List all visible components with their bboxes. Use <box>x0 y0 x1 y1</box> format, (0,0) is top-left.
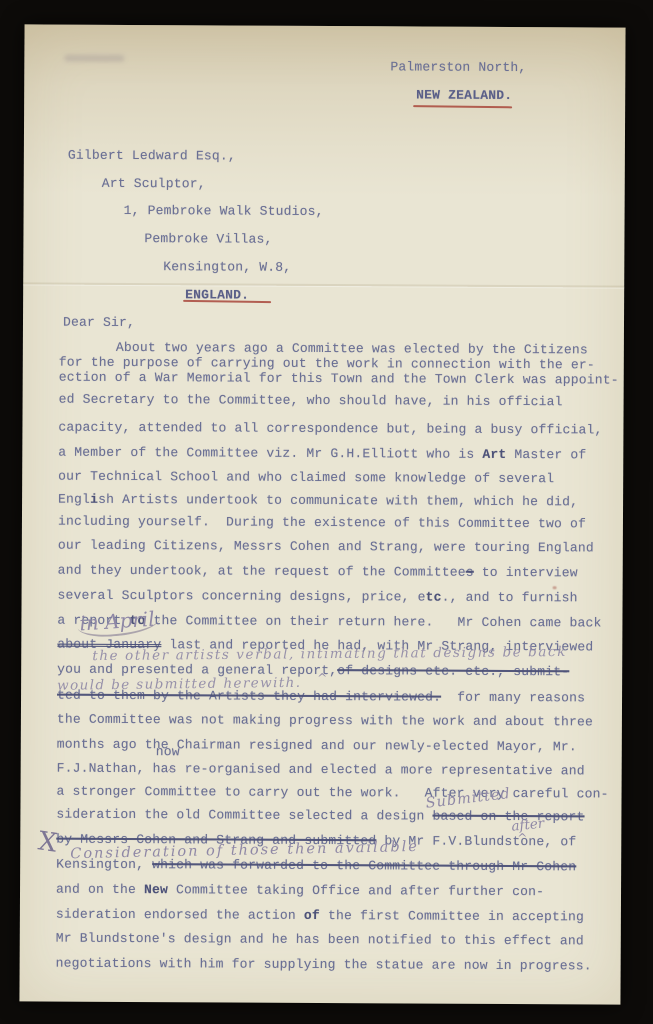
typed-line: negotiations with him for supplying the … <box>56 956 592 974</box>
letterhead-country: NEW ZEALAND. <box>416 87 512 103</box>
typed-line: several Sculptors concerning designs, pr… <box>58 588 578 606</box>
typed-line: the Committee was not making progress wi… <box>57 712 593 730</box>
struck-text: of designs etc. etc., submit- <box>337 663 569 679</box>
typed-text: sideration endorsed the action <box>56 907 304 923</box>
typed-text: months ago the Chairman resigned and our… <box>57 737 577 755</box>
typed-text: several Sculptors concerning designs, pr… <box>58 588 426 605</box>
typed-text: Mr Blundstone's design and he has been n… <box>56 931 584 949</box>
typed-text: our leading Citizens, Messrs Cohen and S… <box>58 538 594 556</box>
caret-mark-report: ^ <box>317 671 327 685</box>
typed-text: the Committee was not making progress wi… <box>57 712 593 730</box>
typed-text: the Committee on their return here. Mr C… <box>145 613 601 630</box>
typed-line: capacity, attended to all correspondence… <box>58 420 602 438</box>
recipient-line: Pembroke Villas, <box>144 225 323 254</box>
typed-text: capacity, attended to all correspondence… <box>58 420 602 438</box>
typed-line: a Member of the Committee viz. Mr G.H.El… <box>58 445 586 463</box>
typed-text: ., and to furnish <box>442 590 578 606</box>
typed-line: a stronger Committee to carry out the wo… <box>57 784 609 802</box>
typed-line: English Artists undertook to communicate… <box>58 492 578 510</box>
typed-line: our Technical School and who claimed som… <box>58 469 554 487</box>
overtyped-text: tc <box>426 590 442 605</box>
typed-text: a stronger Committee to carry out the wo… <box>57 784 609 802</box>
typed-text: negotiations with him for supplying the … <box>56 956 592 974</box>
typed-text: for many reasons <box>441 690 585 706</box>
typed-text: a Member of the Committee viz. Mr G.H.El… <box>58 445 482 462</box>
typed-line: sideration endorsed the action of the fi… <box>56 907 584 925</box>
typed-text: F.J.Nathan, has re-organised and elected… <box>57 761 585 779</box>
overtyped-text: New <box>144 882 168 897</box>
typed-text: the first Committee in accepting <box>320 908 584 924</box>
overtyped-text: of <box>304 908 320 923</box>
handwritten-in-april: in April <box>77 606 162 638</box>
typed-text: sideration the old Committee selected a … <box>56 807 432 824</box>
handwritten-insertion-would-be: would be submitted herewith. <box>57 675 302 694</box>
typed-text: Master of <box>506 447 586 462</box>
paper-speck <box>553 586 557 589</box>
typed-line: F.J.Nathan, has re-organised and elected… <box>57 761 585 779</box>
typed-line: months ago the Chairman resigned and our… <box>57 737 577 755</box>
handwritten-insertion-verbal: the other artists verbal, intimating tha… <box>92 644 567 664</box>
typed-text: ection of a War Memorial for this Town a… <box>59 370 619 388</box>
typed-text: and they undertook, at the request of th… <box>58 563 466 580</box>
recipient-line: Art Sculptor, <box>102 170 324 199</box>
recipient-line: Kensington, W.8, <box>163 253 323 282</box>
letterhead-city: Palmerston North, <box>390 59 526 75</box>
struck-text: which was forwarded to the Committee thr… <box>152 857 576 874</box>
handwritten-after: after <box>511 815 545 834</box>
overtyped-text: i <box>90 492 98 507</box>
struck-text: s <box>466 565 474 580</box>
typed-text: ed Secretary to the Committee, who shoul… <box>59 392 563 410</box>
typed-line: including yourself. During the existence… <box>58 514 586 532</box>
typed-line: and they undertook, at the request of th… <box>58 563 578 581</box>
salutation: Dear Sir, <box>63 315 135 330</box>
recipient-block: Gilbert Ledward Esq.,Art Sculptor,1, Pem… <box>67 142 324 310</box>
typed-text: to interview <box>474 565 578 581</box>
typed-text: our Technical School and who claimed som… <box>58 469 554 487</box>
typed-line: Mr Blundstone's design and he has been n… <box>56 931 584 949</box>
pencil-smudge <box>64 55 124 62</box>
overtyped-text: Art <box>482 447 506 462</box>
typed-line: our leading Citizens, Messrs Cohen and S… <box>58 538 594 556</box>
typed-line: ection of a War Memorial for this Town a… <box>59 370 619 388</box>
recipient-line: Gilbert Ledward Esq., <box>68 142 324 171</box>
typed-text: including yourself. During the existence… <box>58 514 586 532</box>
struck-text: based on the report <box>432 809 584 825</box>
red-underline-country <box>413 105 512 108</box>
typed-line: and on the New Committee taking Office a… <box>56 882 544 900</box>
caret-mark-has: ^ <box>167 765 177 779</box>
letter-paper: Palmerston North, NEW ZEALAND. Gilbert L… <box>19 24 625 1004</box>
recipient-line: 1, Pembroke Walk Studios, <box>124 197 324 226</box>
letter-body: About two years ago a Committee was elec… <box>25 24 626 27</box>
typed-text: sh Artists undertook to communicate with… <box>98 492 578 510</box>
typed-text: Engl <box>58 492 90 507</box>
typed-line: ed Secretary to the Committee, who shoul… <box>59 392 563 410</box>
margin-x-mark: X <box>36 826 59 858</box>
typed-insertion-now: now <box>156 744 180 759</box>
typed-text: and on the <box>56 882 144 897</box>
recipient-line: ENGLAND. <box>185 281 323 309</box>
typed-text: Committee taking Office and after furthe… <box>168 882 544 899</box>
typed-line: sideration the old Committee selected a … <box>56 807 584 825</box>
photo-background: Palmerston North, NEW ZEALAND. Gilbert L… <box>0 0 653 1024</box>
